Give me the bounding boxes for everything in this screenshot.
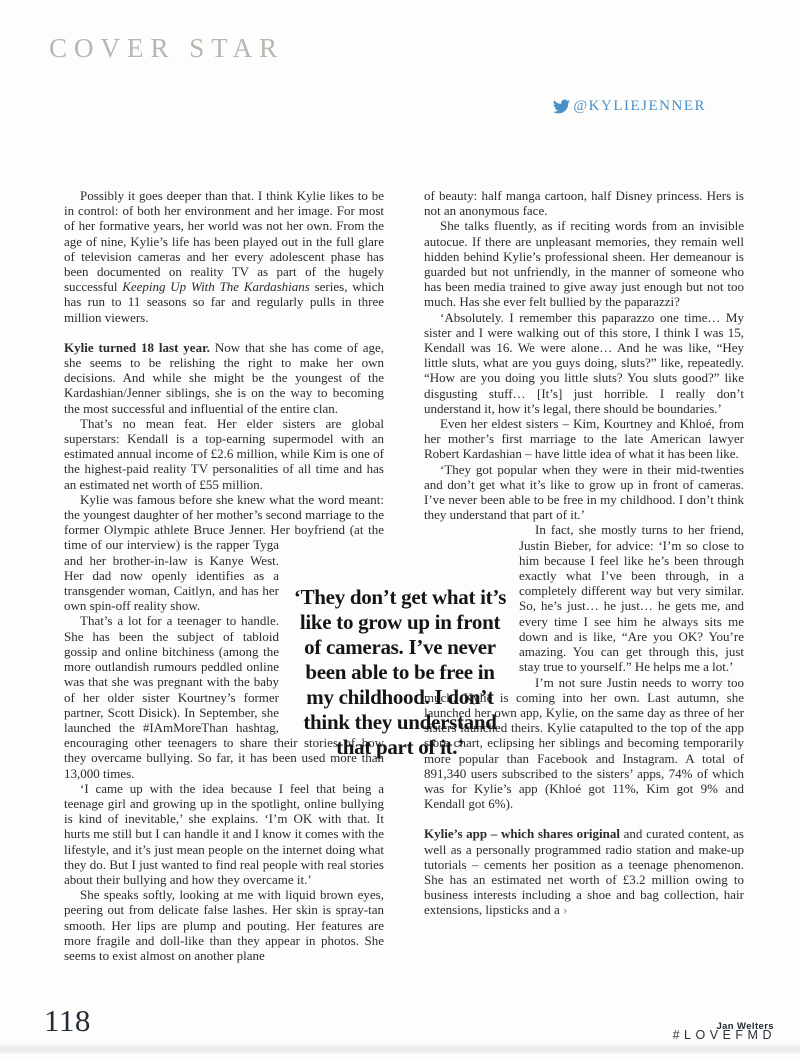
- twitter-bird-icon: [553, 98, 570, 115]
- paragraph: Kylie turned 18 last year. Now that she …: [64, 340, 384, 416]
- text-segment: of beauty: half manga cartoon, half Disn…: [424, 188, 744, 218]
- text-segment: ‘They got popular when they were in thei…: [424, 462, 744, 523]
- text-segment: ‘I came up with the idea because I feel …: [64, 781, 384, 887]
- paragraph: ‘They got popular when they were in thei…: [424, 462, 744, 523]
- magazine-page: COVER STAR @KYLIEJENNER Possibly it goes…: [0, 0, 800, 1060]
- twitter-credit: @KYLIEJENNER: [553, 98, 706, 115]
- page-number: 118: [44, 1003, 91, 1039]
- paragraph: ‘Absolutely. I remember this paparazzo o…: [424, 310, 744, 416]
- text-segment: In fact, she mostly turns to her friend,: [535, 522, 744, 537]
- pull-quote: ‘They don’t get what it’s like to grow u…: [291, 585, 509, 760]
- text-segment: That’s no mean feat. Her elder sisters a…: [64, 416, 384, 492]
- paragraph: She speaks softly, looking at me with li…: [64, 887, 384, 963]
- paragraph: Possibly it goes deeper than that. I thi…: [64, 188, 384, 325]
- text-segment: ‘Absolutely. I remember this paparazzo o…: [424, 310, 744, 416]
- text-segment: Justin Bieber, for advice: ‘I’m so close…: [519, 538, 744, 675]
- paragraph: Even her eldest sisters – Kim, Kourtney …: [424, 416, 744, 462]
- paragraph: She talks fluently, as if reciting words…: [424, 218, 744, 309]
- text-segment: She speaks softly, looking at me with li…: [64, 887, 384, 963]
- paragraph: of beauty: half manga cartoon, half Disn…: [424, 188, 744, 218]
- page-edge-shadow: [0, 1044, 800, 1054]
- left-column: Possibly it goes deeper than that. I thi…: [64, 188, 384, 963]
- text-segment: Keeping Up With The Kardashians: [122, 279, 310, 294]
- text-segment: She talks fluently, as if reciting words…: [424, 218, 744, 309]
- section-kicker: COVER STAR: [49, 33, 284, 64]
- paragraph: Kylie’s app – which shares original and …: [424, 826, 744, 917]
- twitter-handle: @KYLIEJENNER: [573, 98, 706, 115]
- right-column: of beauty: half manga cartoon, half Disn…: [424, 188, 744, 918]
- text-segment: Kylie turned 18 last year.: [64, 340, 210, 355]
- paragraph: ‘I came up with the idea because I feel …: [64, 781, 384, 887]
- text-segment: Even her eldest sisters – Kim, Kourtney …: [424, 416, 744, 461]
- watermark: #LOVEFMD: [673, 1028, 776, 1042]
- text-segment: Kylie’s app – which shares original: [424, 826, 620, 841]
- paragraph: That’s no mean feat. Her elder sisters a…: [64, 416, 384, 492]
- text-segment: ›: [563, 902, 567, 917]
